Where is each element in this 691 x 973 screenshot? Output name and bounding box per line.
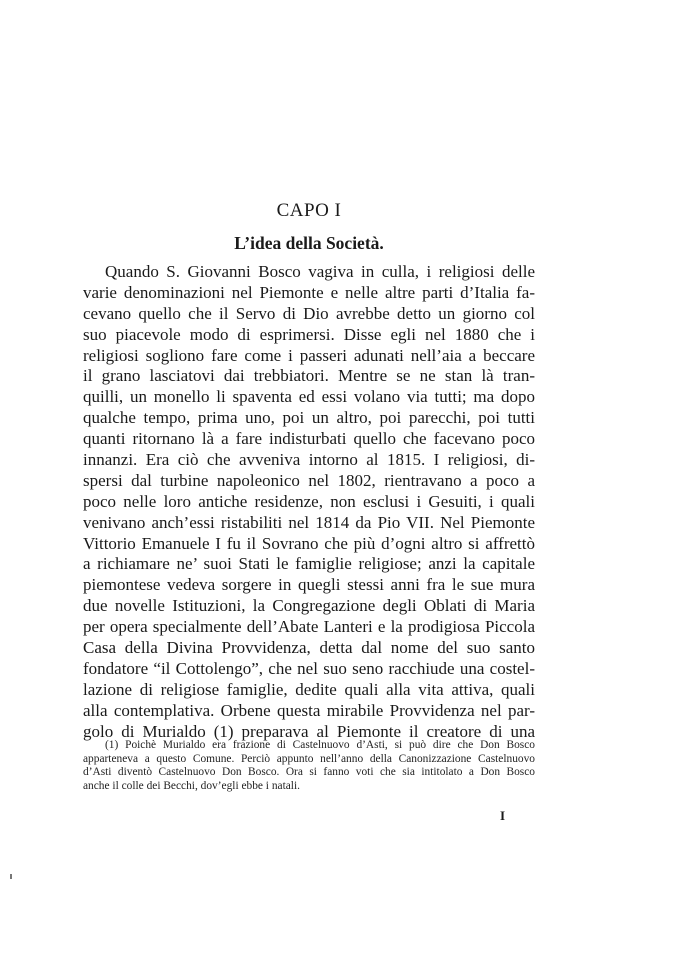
scan-speck [10, 874, 12, 879]
footnote: (1) Poichè Murialdo era frazione di Cast… [83, 739, 535, 793]
text-line: venivano anch’essi ristabiliti nel 1814 … [83, 513, 535, 534]
footnote-line: (1) Poichè Murialdo era frazione di Cast… [83, 739, 535, 753]
text-line: Quando S. Giovanni Bosco vagiva in culla… [83, 262, 535, 283]
text-line: per opera specialmente dell’Abate Lanter… [83, 617, 535, 638]
chapter-title: CAPO I [0, 200, 618, 222]
chapter-subtitle: L’idea della Società. [0, 232, 618, 254]
document-page: CAPO I L’idea della Società. Quando S. G… [0, 0, 691, 973]
text-line: poco nelle loro antiche residenze, non e… [83, 492, 535, 513]
footnote-line: apparteneva a questo Comune. Perciò appu… [83, 753, 535, 767]
text-line: alla contemplativa. Orbene questa mirabi… [83, 701, 535, 722]
text-line: a richiamare ne’ suoi Stati le famiglie … [83, 554, 535, 575]
text-line: qualche tempo, prima uno, poi un altro, … [83, 408, 535, 429]
text-line: il grano lasciatovi dai trebbiatori. Men… [83, 366, 535, 387]
text-line: quilli, un monello li spaventa ed essi v… [83, 387, 535, 408]
text-line: lazione di religiose famiglie, dedite qu… [83, 680, 535, 701]
text-line: quanti ritornano là a fare indisturbati … [83, 429, 535, 450]
footnote-line: d’Asti diventò Castelnuovo Don Bosco. Or… [83, 766, 535, 780]
text-line: cevano quello che il Servo di Dio avrebb… [83, 304, 535, 325]
text-line: Casa della Divina Provvidenza, detta dal… [83, 638, 535, 659]
text-line: piemontese vedeva sorgere in quegli stes… [83, 575, 535, 596]
text-line: fondatore “il Cottolengo”, che nel suo s… [83, 659, 535, 680]
footnote-line: anche il colle dei Becchi, dov’egli ebbe… [83, 780, 535, 794]
text-line: religiosi sogliono fare come i passeri a… [83, 346, 535, 367]
text-line: innanzi. Era ciò che avveniva intorno al… [83, 450, 535, 471]
text-line: Vittorio Emanuele I fu il Sovrano che pi… [83, 534, 535, 555]
body-paragraph: Quando S. Giovanni Bosco vagiva in culla… [83, 262, 535, 742]
page-number: I [500, 808, 505, 824]
text-line: varie denominazioni nel Piemonte e nelle… [83, 283, 535, 304]
text-line: due novelle Istituzioni, la Congregazion… [83, 596, 535, 617]
text-line: spersi dal turbine napoleonico nel 1802,… [83, 471, 535, 492]
text-line: suo piacevole modo di esprimersi. Disse … [83, 325, 535, 346]
